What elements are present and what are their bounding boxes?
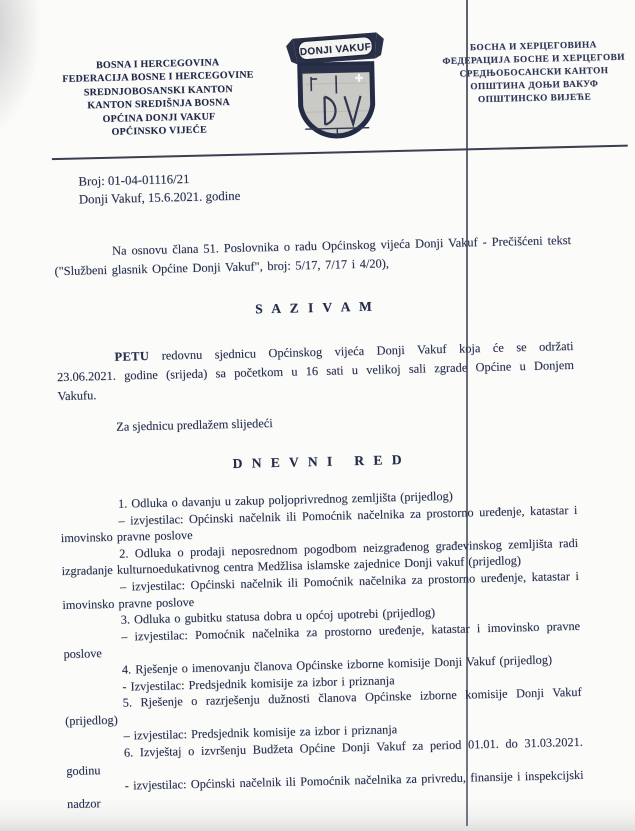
intro-paragraph: Na osnovu člana 51. Poslovnika o radu Op… — [54, 231, 572, 280]
letterhead-left: BOSNA I HERCEGOVINA FEDERACIJA BOSNE I H… — [52, 55, 266, 140]
document-page: BOSNA I HERCEGOVINA FEDERACIJA BOSNE I H… — [0, 0, 635, 831]
agenda-heading: D N E V N I R E D — [1, 447, 635, 478]
seal-shield — [300, 64, 374, 138]
document-meta: Broj: 01-04-01116/21 Donji Vakuf, 15.6.2… — [78, 160, 630, 209]
municipal-seal: DONJI VAKUF — [285, 24, 388, 154]
coat-of-arms-icon: DONJI VAKUF — [285, 24, 388, 154]
convene-heading: S A Z I V A M — [0, 293, 633, 324]
letterhead-right: БОСНА И ХЕРЦЕГОВИНА ФЕДЕРАЦИЈА БОСНЕ И Х… — [441, 39, 626, 108]
agenda-list: 1. Odluka o davanju u zakup poljoprivred… — [60, 485, 584, 812]
page-content: BOSNA I HERCEGOVINA FEDERACIJA BOSNE I H… — [0, 0, 635, 831]
seal-banner: DONJI VAKUF — [286, 32, 386, 65]
convene-lead-word: PETU — [114, 349, 149, 364]
convene-paragraph: PETU redovnu sjednicu Općinskog vijeća D… — [56, 337, 574, 406]
propose-line: Za sjednicu predlažem slijedeći — [116, 406, 635, 436]
letterhead: BOSNA I HERCEGOVINA FEDERACIJA BOSNE I H… — [0, 33, 629, 160]
